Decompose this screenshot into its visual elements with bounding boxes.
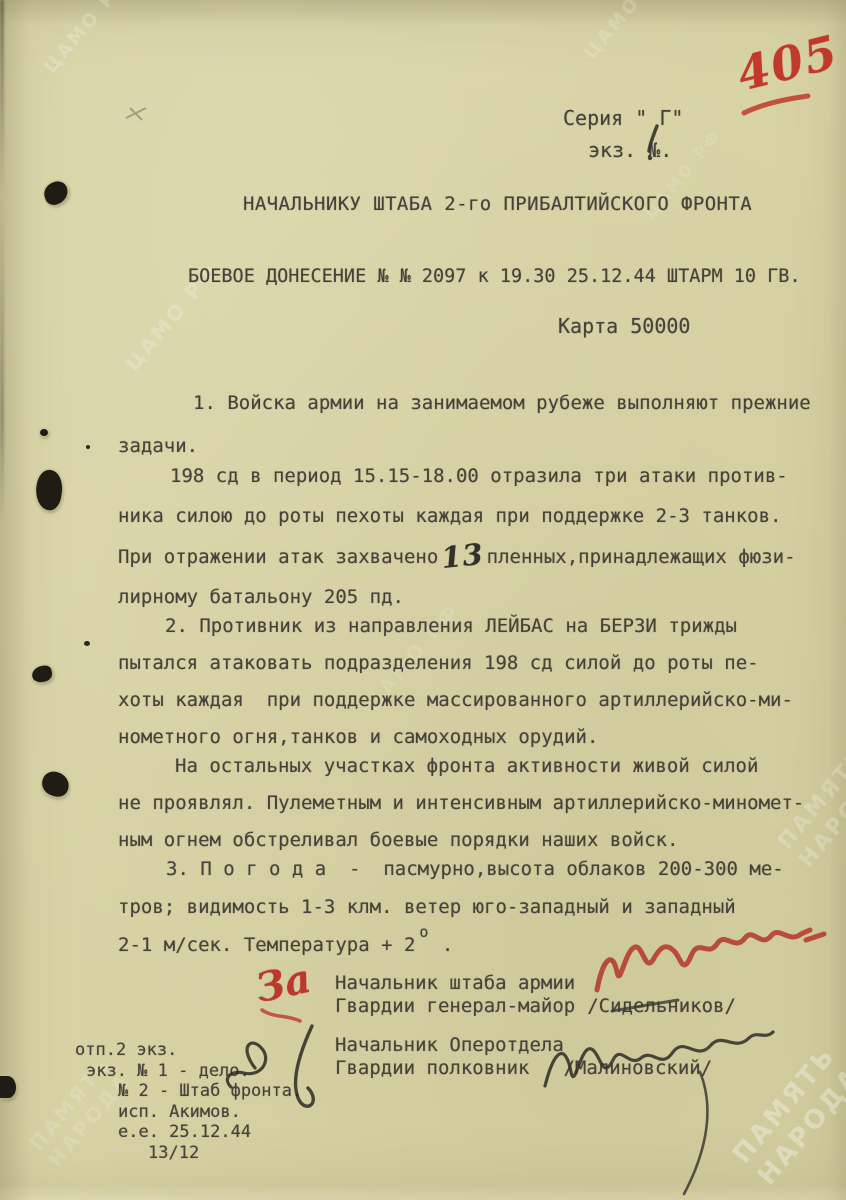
paragraph-3: На остальных участках фронта активности … [118, 748, 830, 859]
typed-line: е.е. 25.12.44 [118, 1122, 302, 1143]
weather-line-end: . [430, 934, 453, 956]
degree-mark: о [419, 923, 428, 941]
signer-name: /Малиновский/ [563, 1057, 712, 1079]
scanned-document-page: ЦАМО РФ ЦАМО РФ ЦАМО РФ ЦАМО РФ ЦАМО РФ … [0, 0, 846, 1200]
punch-hole [0, 1076, 16, 1098]
series-line: Серия " Г" [563, 106, 683, 130]
paper-speck [84, 641, 90, 646]
distribution-block: отп.2 экз.экз. № 1 - дело.№ 2 - Штаб фро… [75, 1040, 302, 1163]
typed-line: 2. Противник из направления ЛЕЙБАС на БЕ… [118, 608, 830, 645]
map-reference: Карта 50000 [558, 314, 690, 338]
paragraph-2: 2. Противник из направления ЛЕЙБАС на БЕ… [118, 608, 830, 756]
signer-role-line: Начальник Оперотдела [335, 1034, 712, 1057]
punch-hole [39, 769, 71, 799]
typed-line: хоты каждая при поддержке массированного… [118, 682, 830, 719]
pencil-scratch [126, 108, 146, 120]
signer-role-name-line: Гвардии полковник/Малиновский/ [335, 1057, 712, 1080]
punch-hole [31, 664, 53, 683]
addressee-line: НАЧАЛЬНИКУ ШТАБА 2-го ПРИБАЛТИЙСКОГО ФРО… [243, 193, 752, 215]
punch-hole [33, 468, 64, 511]
signer-rank: Гвардии генерал-майор [335, 995, 575, 1017]
captured-before: При отражении атак захвачено [118, 546, 438, 568]
handwritten-captured-count: 13 [440, 537, 486, 575]
typed-line: пытался атаковать подразделения 198 сд с… [118, 645, 830, 682]
typed-line: отп.2 экз. [75, 1040, 302, 1061]
copy-line: экз. №. [588, 138, 672, 162]
weather-last-line: 2-1 м/сек. Температура + 2о . [118, 926, 830, 965]
punch-hole [41, 179, 71, 208]
typed-line: не проявлял. Пулеметным и интенсивным ар… [118, 785, 830, 822]
captured-after: пленных,принадлежащих фюзи- [487, 546, 796, 568]
report-title: БОЕВОЕ ДОНЕСЕНИЕ № № 2097 к 19.30 25.12.… [188, 266, 801, 287]
paper-speck [86, 445, 90, 449]
archive-watermark: ЦАМО РФ [40, 0, 136, 78]
scan-edge-shadow [0, 0, 4, 520]
signer-rank: Гвардии полковник [335, 1057, 529, 1079]
paragraph-weather-lines: 3. П о г о д а - пасмурно,высота облаков… [118, 850, 830, 926]
typed-line: ника силою до роты пехоты каждая при под… [118, 496, 830, 536]
red-margin-mark-tail [262, 1010, 300, 1021]
typed-line: тров; видимость 1-3 клм. ветер юго-запад… [118, 888, 830, 926]
typed-line: исп. Акимов. [118, 1102, 302, 1123]
signer-role-line: Начальник штаба армии [335, 972, 736, 995]
archive-watermark: ПАМЯТЬ НАРОДА [726, 1039, 846, 1191]
typed-line: № 2 - Штаб фронта. [118, 1081, 302, 1102]
typed-line: 198 сд в период 15.15-18.00 отразила три… [118, 456, 830, 496]
paragraph-3-lines: На остальных участках фронта активности … [118, 748, 830, 859]
signature-block-chief-of-staff: Начальник штаба армии Гвардии генерал-ма… [335, 972, 736, 1018]
paragraph-weather: 3. П о г о д а - пасмурно,высота облаков… [118, 850, 830, 965]
typed-line: На остальных участках фронта активности … [118, 748, 830, 785]
typed-line: 3. П о г о д а - пасмурно,высота облаков… [118, 850, 830, 888]
signer-role-name-line: Гвардии генерал-майор/Сидельников/ [335, 995, 736, 1018]
typed-line: 13/12 [148, 1143, 302, 1164]
archive-watermark: ЦАМО РФ [580, 0, 676, 64]
typed-line: 1. Войска армии на занимаемом рубеже вып… [118, 382, 830, 425]
paragraph-198sd-lines: 198 сд в период 15.15-18.00 отразила три… [118, 456, 830, 536]
typed-line: экз. № 1 - дело. [86, 1061, 302, 1082]
handwritten-page-number: 405 [732, 24, 844, 101]
paragraph-198sd: 198 сд в период 15.15-18.00 отразила три… [118, 456, 830, 617]
captured-line: При отражении атак захвачено13пленных,пр… [118, 536, 830, 577]
signature-block-oper-dept: Начальник Оперотдела Гвардии полковник/М… [335, 1034, 712, 1080]
paragraph-2-lines: 2. Противник из направления ЛЕЙБАС на БЕ… [118, 608, 830, 756]
ink-signature-tail [684, 1072, 707, 1194]
punch-hole [40, 429, 48, 436]
signer-name: /Сидельников/ [587, 995, 736, 1017]
handwritten-margin-mark: За [252, 955, 315, 1012]
weather-temperature: 2-1 м/сек. Температура + 2 [118, 934, 415, 956]
